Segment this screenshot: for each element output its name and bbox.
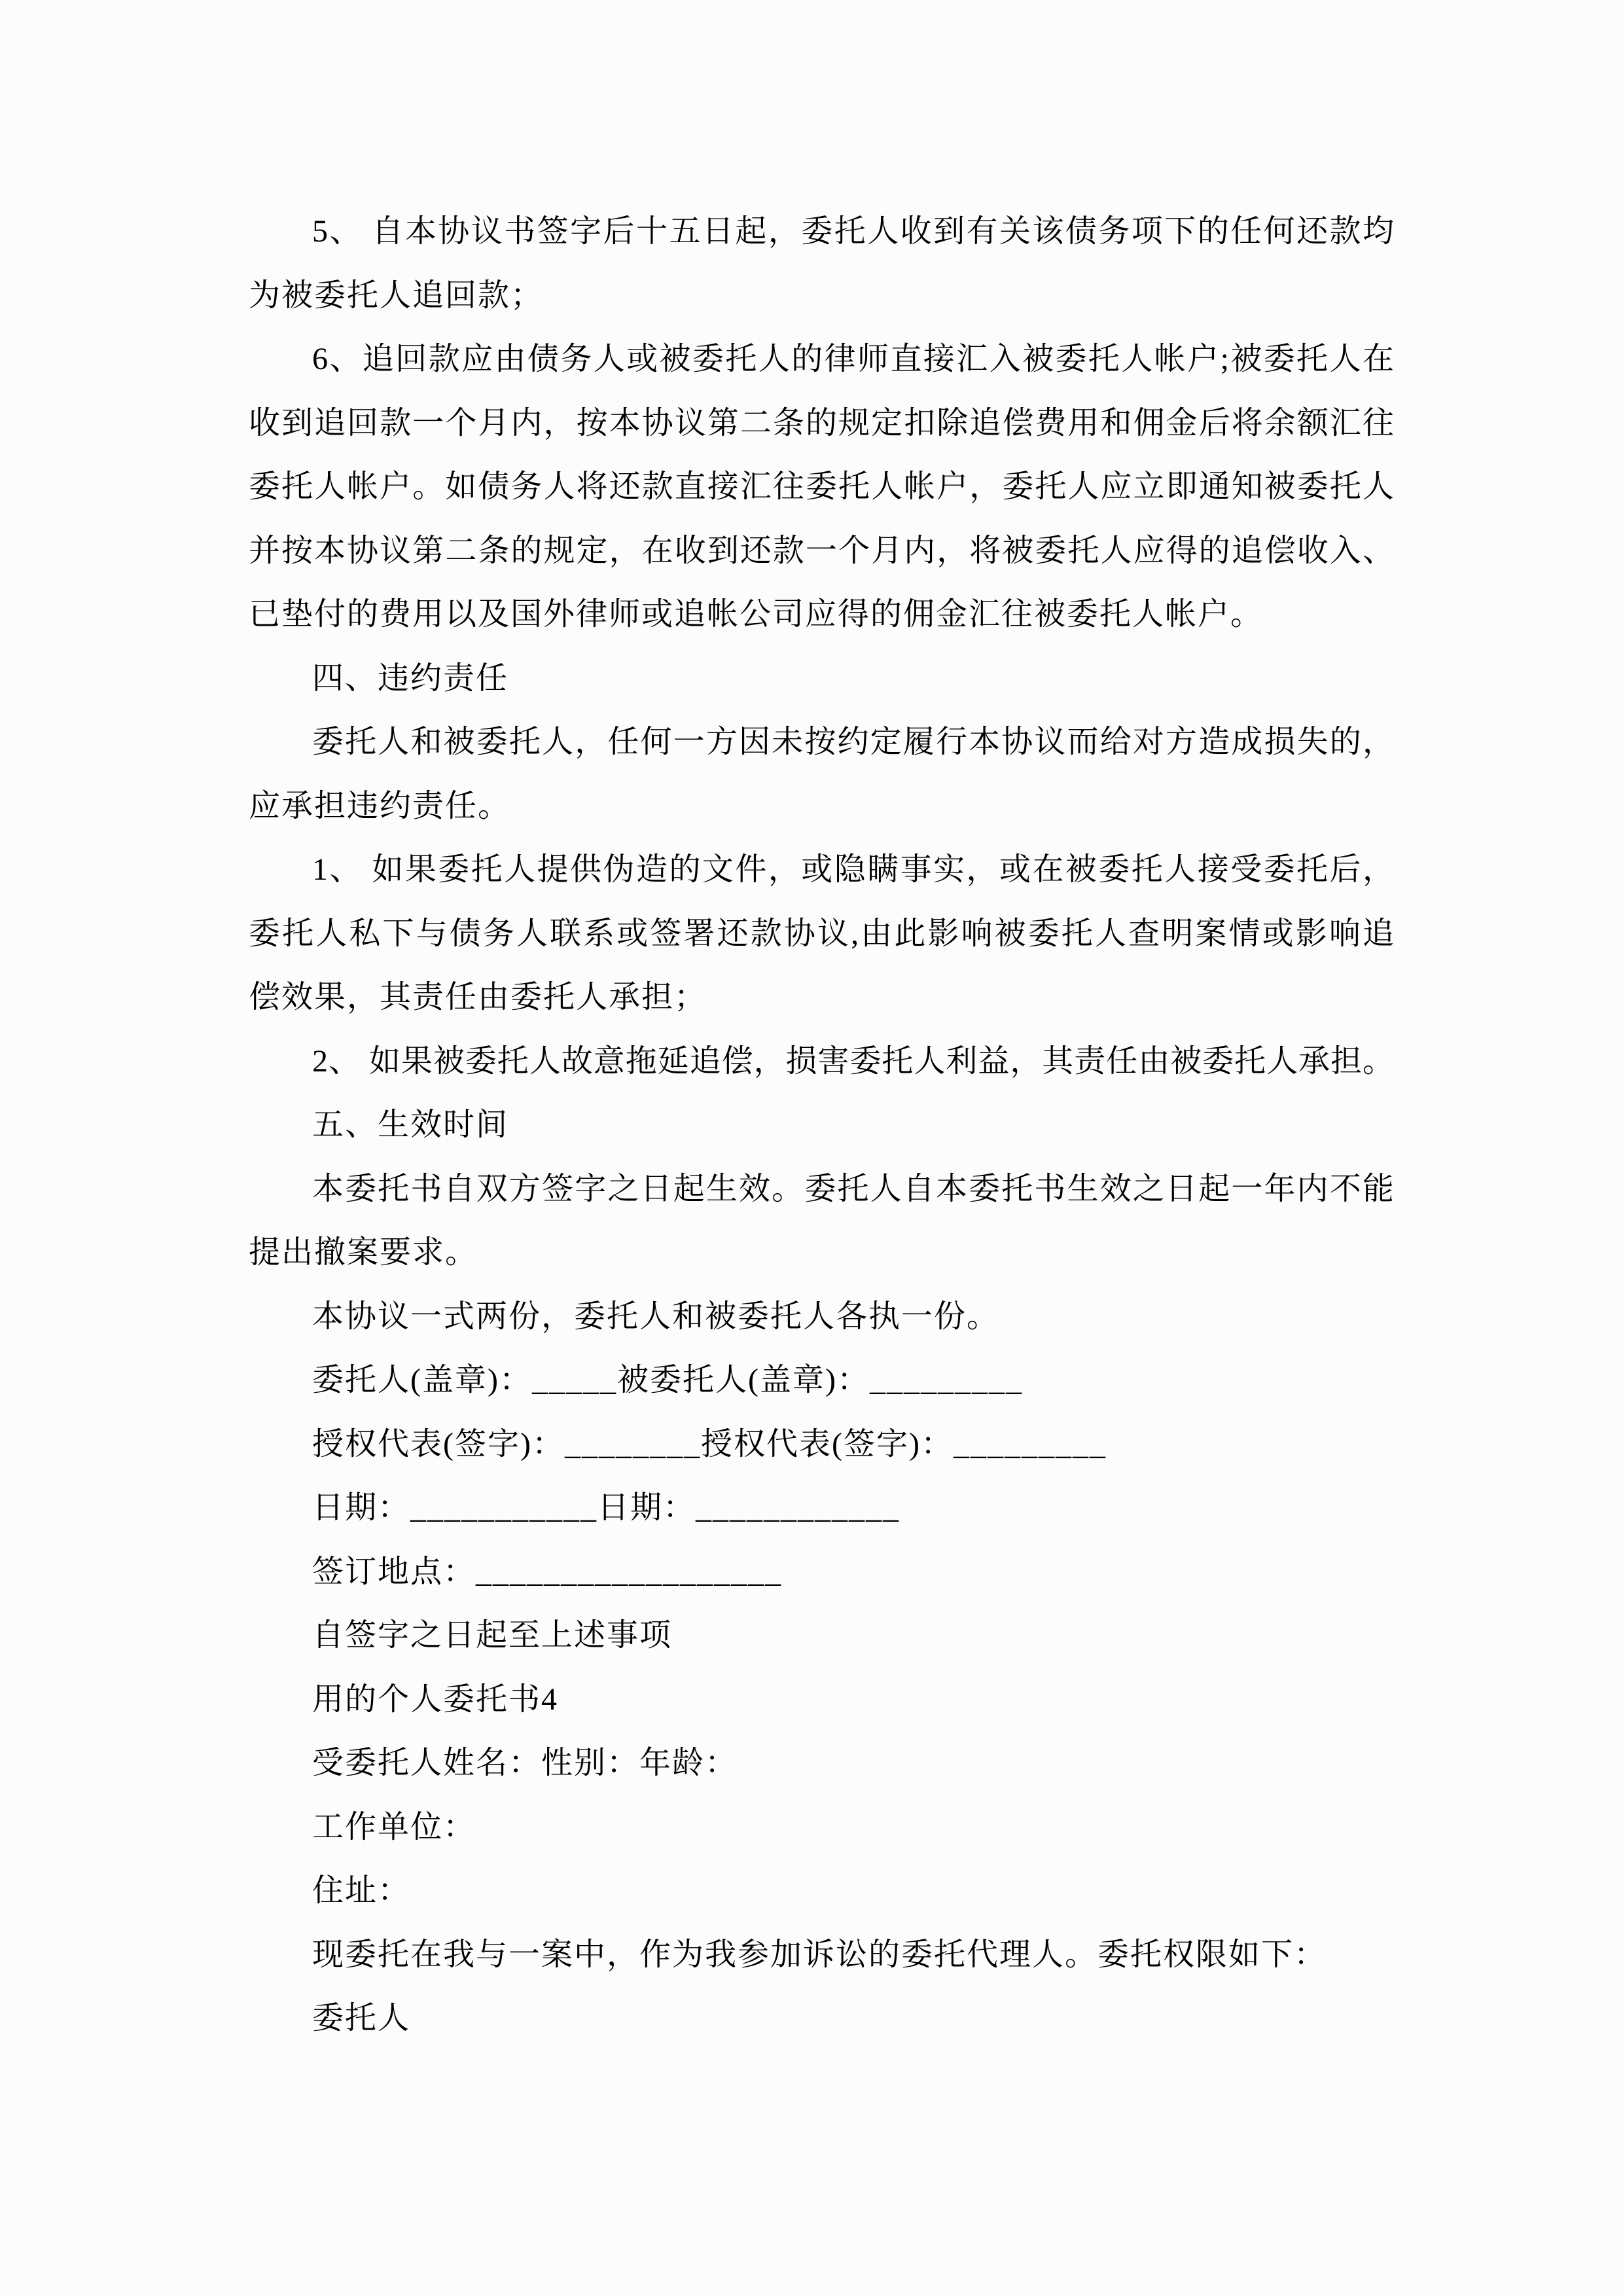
document-line-3: 6、追回款应由债务人或被委托人的律师直接汇入被委托人帐户;被委托人在 bbox=[249, 327, 1394, 391]
document-line-7: 已垫付的费用以及国外律师或追帐公司应得的佣金汇往被委托人帐户。 bbox=[249, 583, 1394, 647]
document-line-21: 日期：___________日期：____________ bbox=[249, 1476, 1394, 1540]
document-line-13: 偿效果，其责任由委托人承担； bbox=[249, 965, 1394, 1030]
document-line-26: 工作单位： bbox=[249, 1795, 1394, 1859]
document-line-27: 住址： bbox=[249, 1859, 1394, 1923]
document-line-4: 收到追回款一个月内，按本协议第二条的规定扣除追偿费用和佣金后将余额汇往 bbox=[249, 391, 1394, 456]
document-line-24: 用的个人委托书4 bbox=[249, 1668, 1394, 1732]
document-line-2: 为被委托人追回款； bbox=[249, 264, 1394, 328]
document-line-10: 应承担违约责任。 bbox=[249, 774, 1394, 838]
document-line-22: 签订地点：__________________ bbox=[249, 1540, 1394, 1604]
document-line-8: 四、违约责任 bbox=[249, 647, 1394, 711]
document-page: 5、 自本协议书签字后十五日起，委托人收到有关该债务项下的任何还款均为被委托人追… bbox=[0, 0, 1623, 2296]
document-line-11: 1、 如果委托人提供伪造的文件，或隐瞒事实，或在被委托人接受委托后， bbox=[249, 838, 1394, 902]
document-line-15: 五、生效时间 bbox=[249, 1093, 1394, 1157]
document-line-23: 自签字之日起至上述事项 bbox=[249, 1604, 1394, 1668]
document-line-20: 授权代表(签字)：________授权代表(签字)：_________ bbox=[249, 1412, 1394, 1477]
document-line-14: 2、 如果被委托人故意拖延追偿，损害委托人利益，其责任由被委托人承担。 bbox=[249, 1030, 1394, 1094]
document-line-5: 委托人帐户。如债务人将还款直接汇往委托人帐户，委托人应立即通知被委托人 bbox=[249, 455, 1394, 519]
document-line-29: 委托人 bbox=[249, 1986, 1394, 2051]
document-line-12: 委托人私下与债务人联系或签署还款协议,由此影响被委托人查明案情或影响追 bbox=[249, 902, 1394, 966]
document-line-19: 委托人(盖章)：_____被委托人(盖章)：_________ bbox=[249, 1348, 1394, 1412]
document-line-6: 并按本协议第二条的规定，在收到还款一个月内，将被委托人应得的追偿收入、 bbox=[249, 519, 1394, 583]
document-line-17: 提出撤案要求。 bbox=[249, 1221, 1394, 1285]
document-line-16: 本委托书自双方签字之日起生效。委托人自本委托书生效之日起一年内不能 bbox=[249, 1157, 1394, 1221]
document-line-25: 受委托人姓名：性别：年龄： bbox=[249, 1731, 1394, 1795]
document-line-1: 5、 自本协议书签字后十五日起，委托人收到有关该债务项下的任何还款均 bbox=[249, 200, 1394, 264]
text-block: 5、 自本协议书签字后十五日起，委托人收到有关该债务项下的任何还款均为被委托人追… bbox=[249, 200, 1394, 2051]
document-line-9: 委托人和被委托人，任何一方因未按约定履行本协议而给对方造成损失的， bbox=[249, 710, 1394, 774]
document-line-18: 本协议一式两份，委托人和被委托人各执一份。 bbox=[249, 1285, 1394, 1349]
document-line-28: 现委托在我与一案中，作为我参加诉讼的委托代理人。委托权限如下： bbox=[249, 1923, 1394, 1987]
